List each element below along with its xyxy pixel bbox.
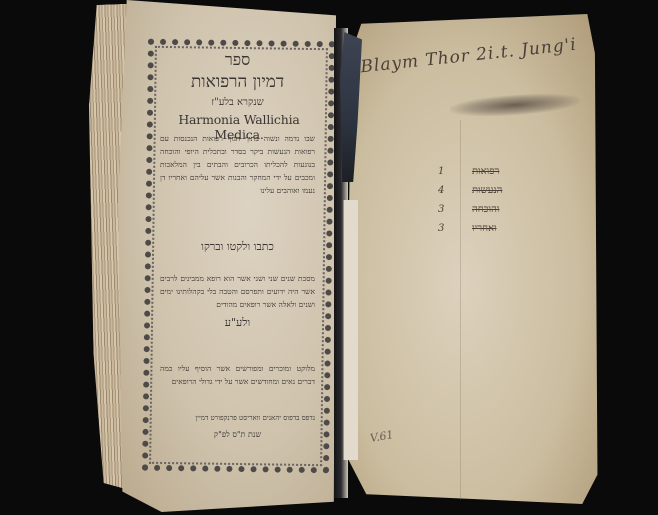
title-line-1: ספר (160, 50, 315, 70)
body-block-2: מסכת שנים שני ושני אשר הוא רופא ממבינים … (160, 272, 315, 347)
handwritten-list: 1רפואות 4הנעשות 3והוכחה 3ואחריו (438, 162, 502, 238)
list-item: 3ואחריו (438, 219, 502, 238)
list-item: 3והוכחה (438, 200, 502, 219)
subtitle: שנקרא בלע"ז (160, 97, 315, 108)
book-photo: ספר דמיון הרפואות שנקרא בלע"ז Harmonia W… (0, 0, 658, 515)
body-heading-2: ולע"ע (160, 316, 315, 329)
list-item: 4הנעשות (438, 181, 502, 200)
list-item: 1רפואות (438, 162, 502, 181)
spine-strip (343, 200, 358, 460)
year-line: שנת ת"ס לפ"ק (160, 430, 315, 439)
body-block-1: שבו נדמה ונשוה בתוך הגוף רפואות הנכנסות … (160, 132, 315, 252)
body-heading: כתבו ולקטו וברקו (160, 240, 315, 253)
printer-line: נדפס בדפוס יהאנים וואריסט פרנקפורט דמיין (160, 412, 315, 425)
title-line-2: דמיון הרפואות (160, 72, 315, 92)
